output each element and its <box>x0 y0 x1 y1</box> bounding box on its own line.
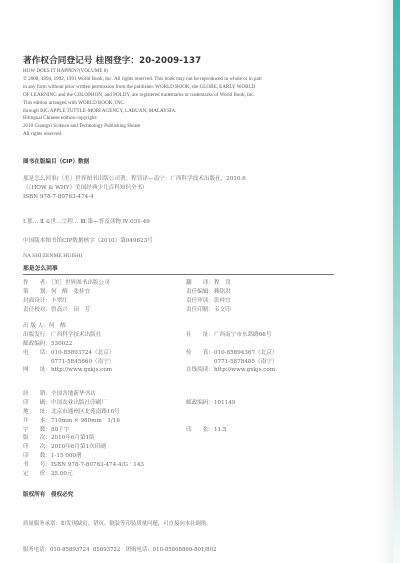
publisher-left: 出版发行：广西科学技术出版社 <box>23 331 101 340</box>
publisher-left: 邮政编码：530022 <box>23 340 72 349</box>
cip-record-number: 中国版本图书馆CIP数据核字（2010）第049623号 <box>23 236 153 244</box>
cip-classification: Ⅰ.那… Ⅱ.①世…②程… Ⅲ.第—普及读物 Ⅳ.031-49 <box>23 217 150 225</box>
publisher-left: 0771-5845660（南宁） <box>23 358 114 367</box>
printing-left: 经 销：全国各地新华书店 <box>23 390 96 399</box>
quality-promise: 质量服务承诺：如发现缺页、错页、倒装等印装质量问题，可直接向本社调换。 <box>23 520 216 529</box>
cip-line: ISBN 978-7-80763-474-4 <box>23 193 246 202</box>
english-line: OF LEARNING and the COLOPHON, and POLDY,… <box>23 92 368 100</box>
credit-right: 责任审读：张桂宜 <box>186 297 231 306</box>
printing-left: 定 价：25.00元 <box>23 470 73 479</box>
publisher-right: 传 真：010-85894367（北京） <box>186 349 277 358</box>
printing-left: 地 址：北京市通州区北苑南路16号 <box>23 408 120 417</box>
english-line: HOW DOES IT HAPPEN?(VOLUME 8) <box>23 68 368 76</box>
english-line: through BIG APPLE TUTTLE-MORI AGENCY, LA… <box>23 108 368 116</box>
copyright-page: 著作权合同登记号 桂图登字：20-2009-137 HOW DOES IT HA… <box>0 0 400 563</box>
service-phones: 服务电话：010-85893724 85893722 团购电话：010-8580… <box>23 546 216 555</box>
credit-right: 翻 译：程 罚 <box>186 279 231 288</box>
english-line: Bilingual Chinese edition copyright: <box>23 115 368 123</box>
cip-heading: 图书在版编目（CIP）数据 <box>23 157 89 165</box>
printing-left: 书 号：ISBN 978-7-80763-474-4/G · 143 <box>23 461 144 470</box>
publisher-right: 社 址：广西南宁市东葛路66号 <box>186 331 271 340</box>
printing-left: 印 数：1-15 000册 <box>23 452 82 461</box>
printing-right: 邮政编码：101149 <box>186 399 235 408</box>
publisher-right: 0771-5878485（南宁） <box>186 358 277 367</box>
printing-left: 开 本：710mm × 980mm 1/16 <box>23 417 120 426</box>
credit-left: 责任校对：曾高兴 田 芳 <box>23 306 90 315</box>
credit-left: 策 划：何 醒 张桂宜 <box>23 288 90 297</box>
title-divider <box>23 274 334 275</box>
printing-left: 印 刷：中国农业出版社印刷厂 <box>23 399 107 408</box>
english-line: This edition arranged with WORLD BOOK, I… <box>23 100 368 108</box>
book-title: 那是怎么回事 <box>23 263 58 272</box>
credit-left: 封面设计：卜翠红 <box>23 297 68 306</box>
publisher-left: 出 版 人：何 醒 <box>23 322 66 331</box>
printing-left: 字 数：80千字 <box>23 426 69 435</box>
teal-edge-strip <box>393 0 400 563</box>
printing-right: 印 张：11.5 <box>186 426 226 435</box>
cip-line: 那是怎么回事/（美）世界图书出版公司著；程罚译—南宁：广西科学技术出版社，201… <box>23 175 246 184</box>
cip-record: 那是怎么回事/（美）世界图书出版公司著；程罚译—南宁：广西科学技术出版社，201… <box>23 175 246 202</box>
page-gutter-shadow <box>378 0 393 563</box>
publisher-left: 网 址：http://www.gxkjs.com <box>23 366 112 375</box>
printing-left: 版 次：2010年6月第1版 <box>23 434 95 443</box>
english-copyright-block: HOW DOES IT HAPPEN?(VOLUME 8) © 2008, 19… <box>23 68 368 139</box>
cip-line: （《HOW & WHY》美国经典少儿百科知识全书） <box>23 184 246 193</box>
publisher-left: 电 话：010-85893724（北京） <box>23 349 114 358</box>
service-info: 质量服务承诺：如发现缺页、错页、倒装等印装质量问题，可直接向本社调换。 服务电话… <box>23 503 216 563</box>
english-line: 2010 Guangxi Science and Technology Publ… <box>23 123 368 131</box>
book-title-pinyin: NA SHI ZENME HUISHI <box>23 253 82 259</box>
copyright-registration-heading: 著作权合同登记号 桂图登字：20-2009-137 <box>23 54 201 66</box>
english-line: in any form without prior written permis… <box>23 84 368 92</box>
english-line: © 2008, 1994, 1992, 1991 World Book, Inc… <box>23 76 368 84</box>
printing-left: 印 次：2010年6月第1次印刷 <box>23 443 106 452</box>
credit-left: 作 者：［美］世界图书出版公司 <box>23 279 110 288</box>
english-line: All rights reserved. <box>23 131 368 139</box>
credit-right: 责任编辑：赖铭洪 <box>186 288 231 297</box>
credit-right: 责任印制：韦文印 <box>186 306 231 315</box>
publisher-right: 在线阅读：http://www.gxkjs.com <box>186 366 275 375</box>
rights-notice: 版权所有 侵权必究 <box>23 490 73 498</box>
